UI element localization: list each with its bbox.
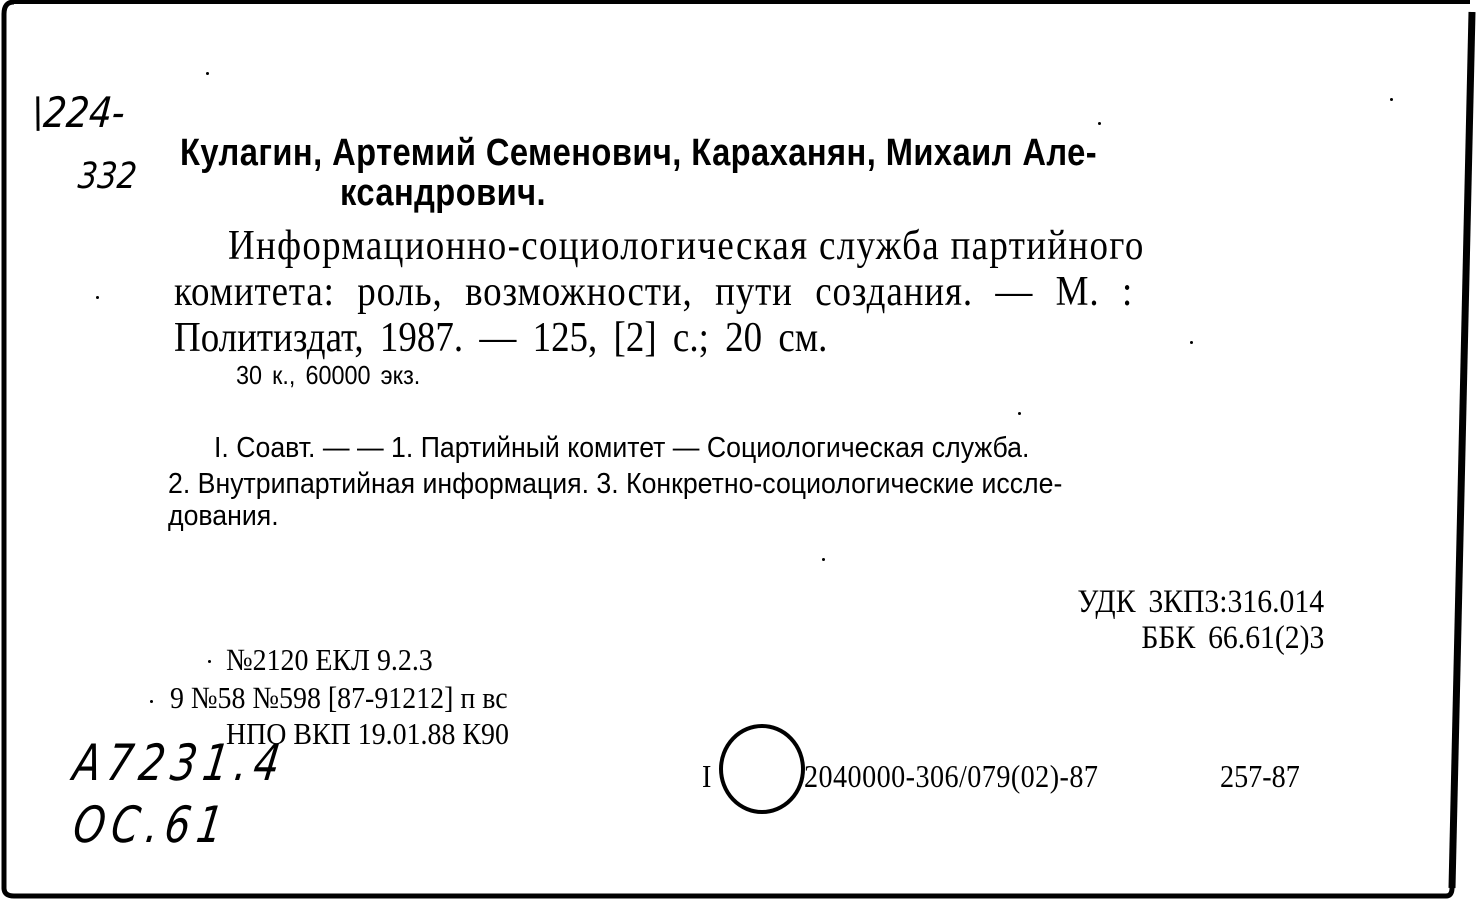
printing-info-line1: №2120 ЕКЛ 9.2.3	[226, 642, 433, 678]
scan-speck	[822, 558, 825, 561]
handwritten-inventory-line2: ОС.61	[70, 796, 233, 854]
authors-heading-line2: ксандрович.	[340, 172, 546, 215]
handwritten-call-number-line1: \224-	[30, 88, 127, 137]
scan-speck	[150, 700, 153, 703]
price-print-run: 30 к., 60000 экз.	[236, 360, 420, 391]
scan-speck	[1390, 98, 1393, 101]
scan-speck	[1190, 341, 1193, 344]
circle-stamp-icon	[716, 722, 808, 816]
title-line1: Информационно-социологическая служба пар…	[228, 222, 1145, 270]
scan-speck	[1098, 122, 1101, 125]
scan-speck	[208, 660, 211, 663]
publisher-code-prefix: I	[702, 758, 711, 795]
publisher-code: 2040000-306/079(02)-87	[804, 758, 1098, 795]
handwritten-inventory-line1: А7231.4	[70, 734, 290, 792]
handwritten-call-number-line2: 332	[76, 156, 138, 197]
publisher-number: 257-87	[1220, 758, 1300, 795]
scan-speck	[1018, 412, 1021, 415]
scan-speck	[206, 72, 209, 75]
subjects-line1: I. Соавт. — — 1. Партийный комитет — Соц…	[214, 432, 1029, 465]
title-line3: Политиздат, 1987. — 125, [2] с.; 20 см.	[174, 314, 827, 362]
title-line2: комитета: роль, возможности, пути создан…	[174, 268, 1133, 316]
printing-info-line2: 9 №58 №598 [87-91212] п вс	[170, 680, 508, 716]
subjects-line3: дования.	[168, 500, 279, 533]
scan-speck	[96, 296, 99, 299]
bbk-code: ББК 66.61(2)3	[1141, 620, 1324, 657]
authors-heading-line1: Кулагин, Артемий Семенович, Караханян, М…	[180, 132, 1097, 175]
subjects-line2: 2. Внутрипартийная информация. 3. Конкре…	[168, 468, 1062, 501]
udk-code: УДК 3КП3:316.014	[1077, 584, 1324, 621]
